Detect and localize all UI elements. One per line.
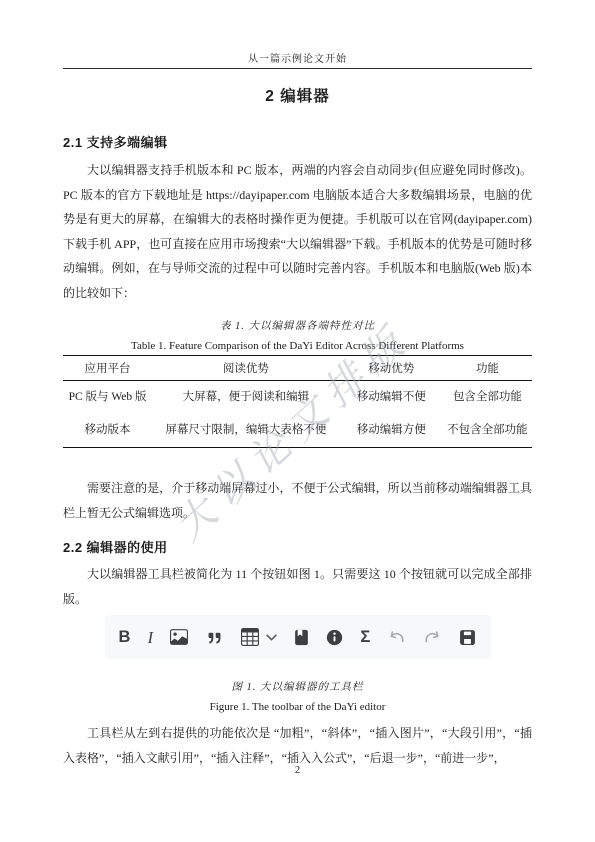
figure-caption-zh: 图 1. 大以编辑器的工具栏 — [63, 679, 532, 694]
table-caption-zh: 表 1. 大以编辑器各端特性对比 — [63, 318, 532, 333]
insert-image-icon — [170, 628, 188, 646]
page-number: 2 — [0, 765, 595, 776]
column-header-reading: 阅读优势 — [152, 356, 340, 381]
chapter-title: 2 编辑器 — [63, 84, 532, 106]
bold-icon: B — [119, 629, 131, 646]
table-caption-en: Table 1. Feature Comparison of the DaYi … — [63, 340, 532, 352]
paragraph-note: 需要注意的是，介于移动端屏幕过小，不便于公式编辑，所以当前移动端编辑器工具栏上暂… — [63, 476, 532, 525]
cell-reading-mobile: 屏幕尺寸限制，编辑大表格不便 — [152, 414, 340, 448]
cell-mobility-pc: 移动编辑不便 — [340, 381, 443, 415]
figure-caption-en: Figure 1. The toolbar of the DaYi editor — [63, 701, 532, 713]
blockquote-icon — [205, 628, 224, 647]
save-icon — [459, 629, 476, 646]
section-heading-2-1: 2.1 支持多端编辑 — [63, 132, 532, 151]
column-header-mobility: 移动优势 — [340, 356, 443, 381]
undo-icon — [387, 629, 406, 645]
section-heading-2-2: 2.2 编辑器的使用 — [63, 537, 532, 556]
cell-features-mobile: 不包含全部功能 — [443, 414, 532, 448]
italic-icon: I — [147, 629, 153, 646]
footnote-info-icon — [326, 629, 343, 646]
feature-comparison-table: 应用平台 阅读优势 移动优势 功能 PC 版与 Web 版 大屏幕，便于阅读和编… — [63, 355, 532, 448]
cell-platform-mobile: 移动版本 — [63, 414, 152, 448]
document-page: 大以论文排版 从一篇示例论文开始 2 编辑器 2.1 支持多端编辑 大以编辑器支… — [0, 0, 595, 842]
paragraph-toolbar-functions: 工具栏从左到右提供的功能依次是 “加粗”，“斜体”，“插入图片”，“大段引用”，… — [63, 721, 532, 770]
chevron-down-icon — [266, 634, 277, 641]
citation-book-icon — [294, 629, 309, 646]
cell-platform-pc: PC 版与 Web 版 — [63, 381, 152, 415]
insert-table-icon — [241, 628, 259, 646]
cell-mobility-mobile: 移动编辑方便 — [340, 414, 443, 448]
paragraph-multiplatform: 大以编辑器支持手机版本和 PC 版本，两端的内容会自动同步(但应避免同时修改)。… — [63, 158, 532, 305]
cell-features-pc: 包含全部功能 — [443, 381, 532, 415]
paragraph-toolbar-intro: 大以编辑器工具栏被简化为 11 个按钮如图 1。只需要这 10 个按钮就可以完成… — [63, 562, 532, 611]
insert-table-control — [241, 628, 277, 646]
table-header-row: 应用平台 阅读优势 移动优势 功能 — [63, 356, 532, 381]
editor-toolbar-figure: B I Σ — [105, 615, 491, 659]
column-header-platform: 应用平台 — [63, 356, 152, 381]
table-row: 移动版本 屏幕尺寸限制，编辑大表格不便 移动编辑方便 不包含全部功能 — [63, 414, 532, 448]
running-header: 从一篇示例论文开始 — [63, 50, 532, 69]
formula-sigma-icon: Σ — [360, 629, 370, 646]
redo-icon — [423, 629, 442, 645]
table-row: PC 版与 Web 版 大屏幕，便于阅读和编辑 移动编辑不便 包含全部功能 — [63, 381, 532, 415]
column-header-features: 功能 — [443, 356, 532, 381]
cell-reading-pc: 大屏幕，便于阅读和编辑 — [152, 381, 340, 415]
